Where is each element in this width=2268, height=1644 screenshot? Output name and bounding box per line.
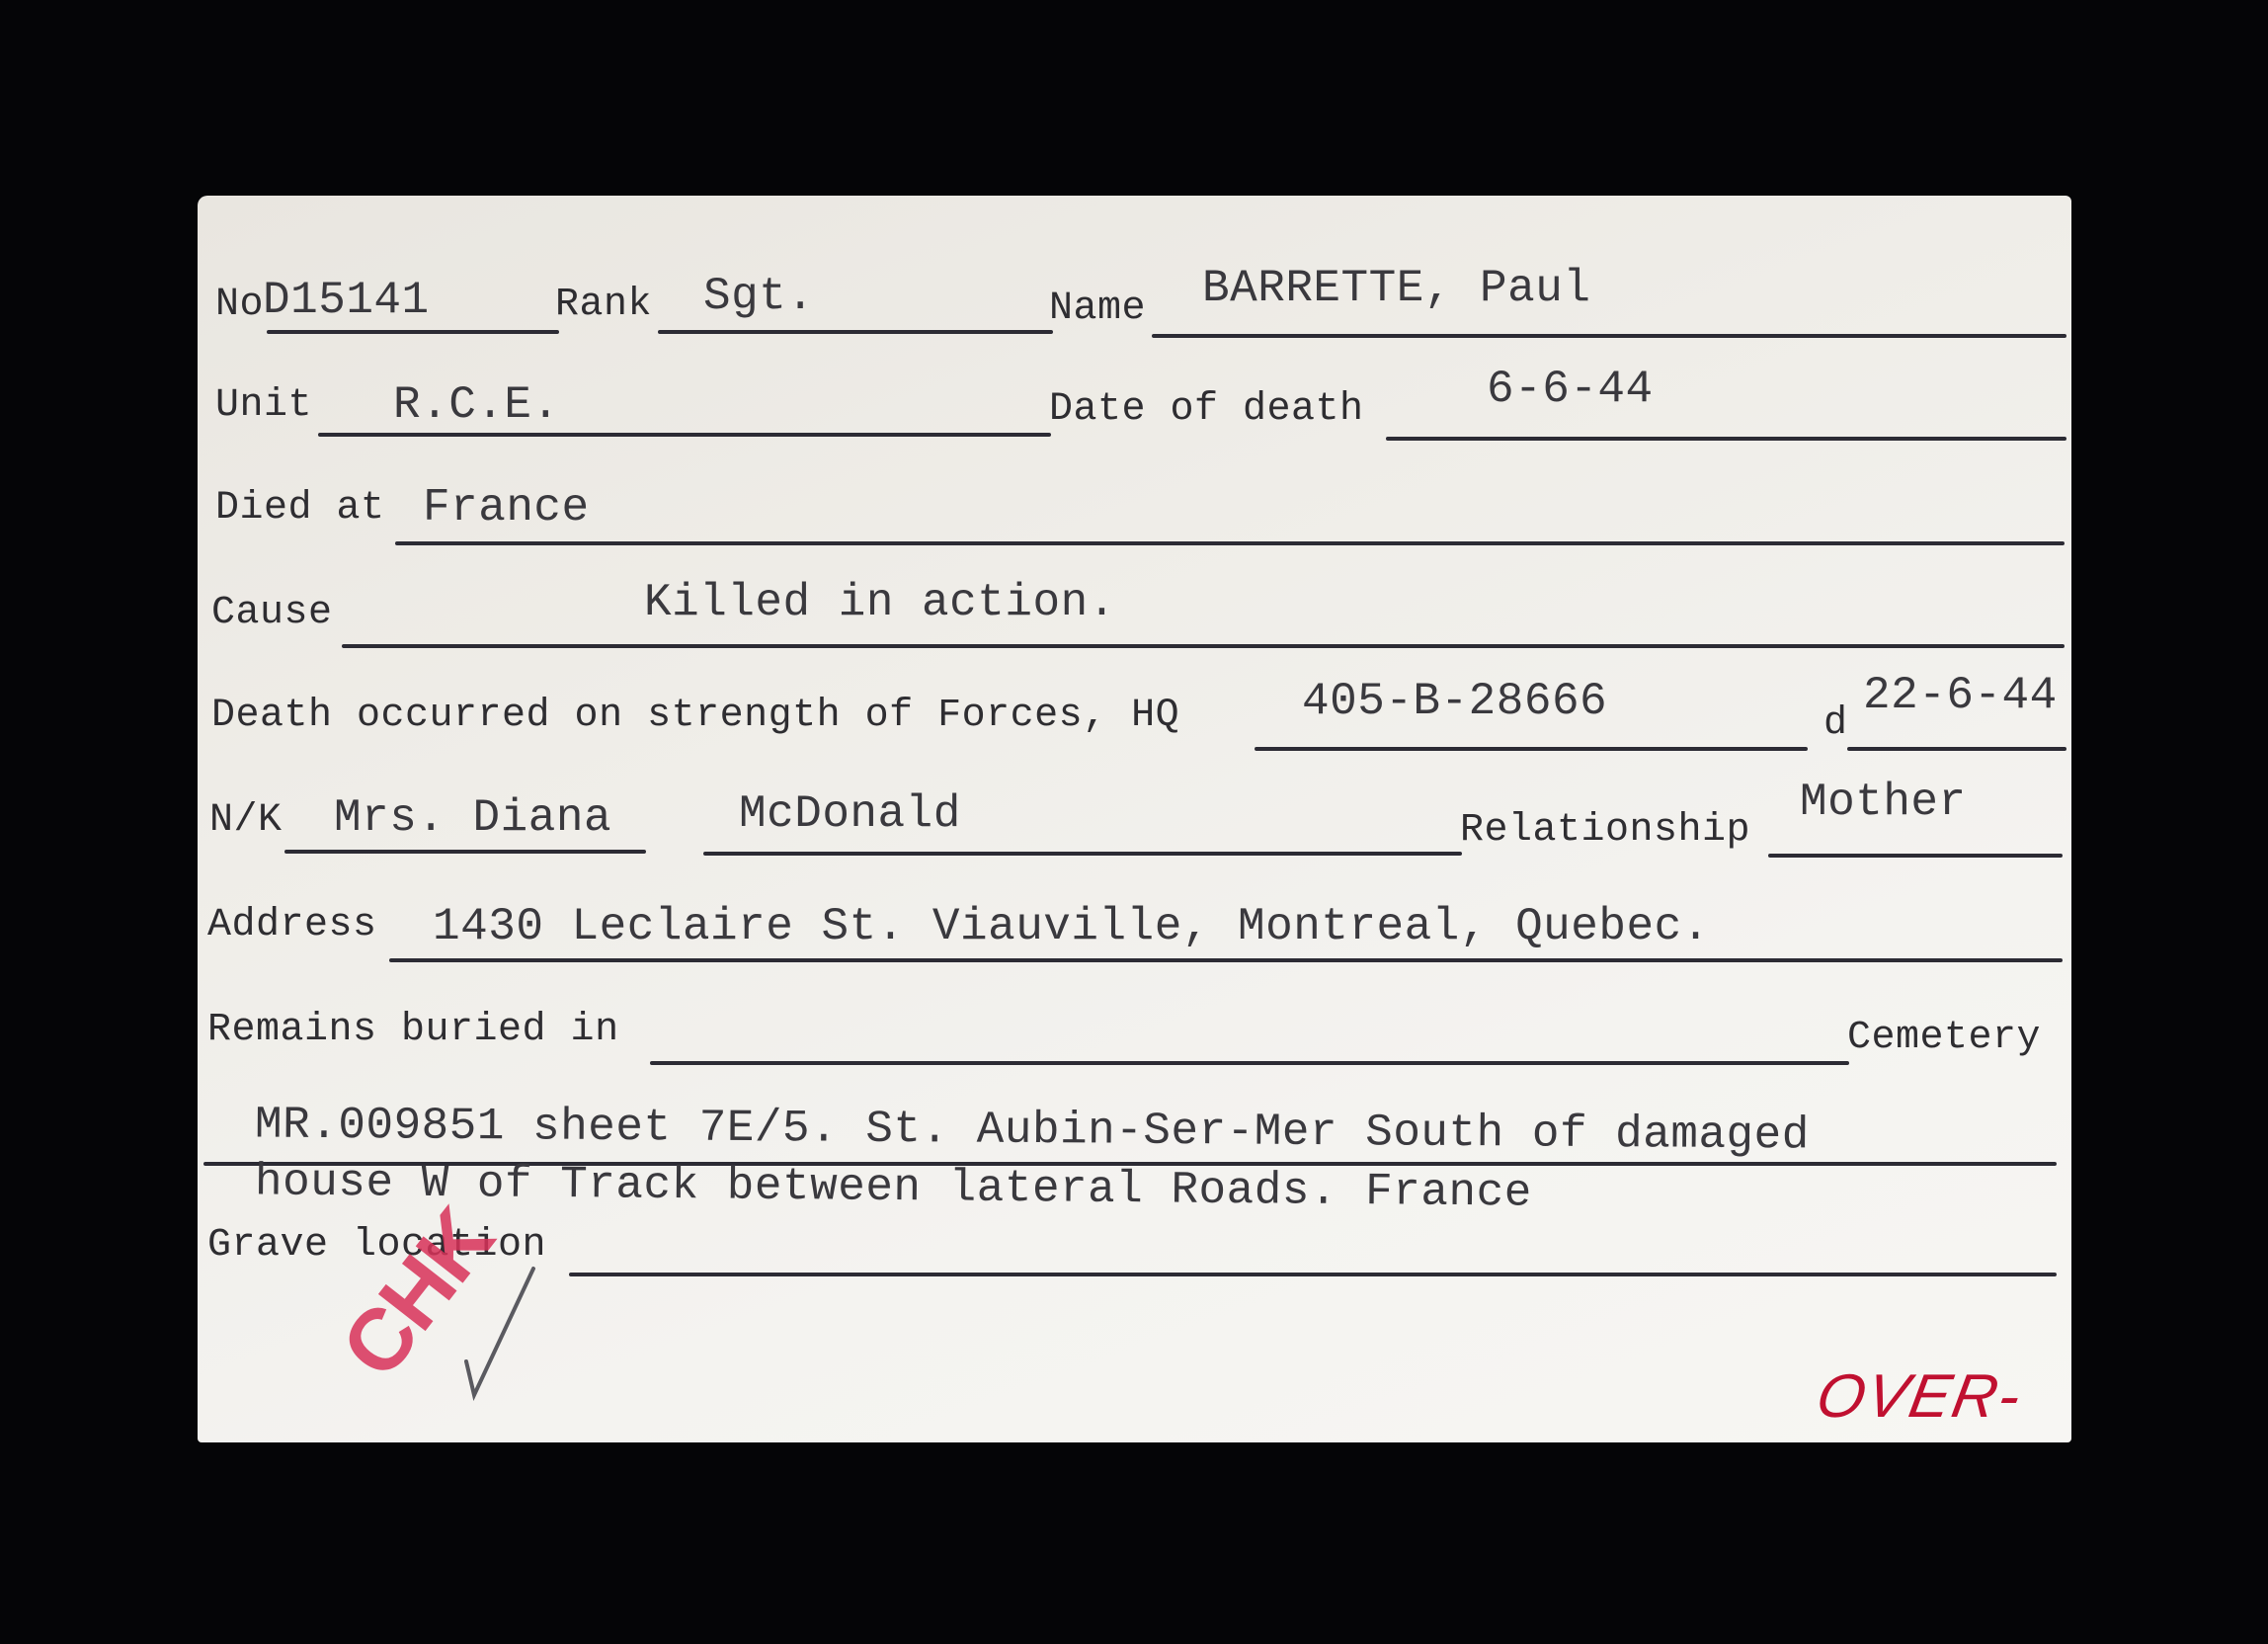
d-underline [1847,747,2066,751]
died-at-underline [395,541,2065,545]
name-value: BARRETTE, Paul [1202,263,1590,314]
relationship-value: Mother [1800,777,1967,828]
died-at-label: Died at [215,486,385,531]
relationship-label: Relationship [1460,808,1750,853]
next-of-kin-underline-1 [284,850,646,854]
grave-description-line-1: MR.009851 sheet 7E/5. St. Aubin-Ser-Mer … [255,1100,1810,1162]
d-value: 22-6-44 [1863,670,2058,721]
address-label: Address [207,903,377,947]
unit-value: R.C.E. [393,379,560,431]
d-label: d [1823,701,1848,746]
unit-label: Unit [215,383,312,428]
date-of-death-underline [1386,437,2066,441]
address-value: 1430 Leclaire St. Viauville, Montreal, Q… [433,901,1710,952]
next-of-kin-underline-2 [703,852,1462,856]
relationship-underline [1768,854,2063,858]
check-mark-icon [462,1263,541,1401]
death-record-card: No D15141 Rank Sgt. Name BARRETTE, Paul … [198,196,2071,1442]
grave-location-underline [569,1273,2057,1276]
cause-label: Cause [211,591,333,635]
death-occurred-label: Death occurred on strength of Forces, HQ [211,694,1179,738]
remains-buried-label: Remains buried in [207,1008,619,1052]
unit-underline [318,433,1051,437]
next-of-kin-label: N/K [209,798,283,843]
name-label: Name [1049,287,1146,331]
address-underline [389,958,2063,962]
next-of-kin-last: McDonald [739,788,961,840]
remains-buried-underline [650,1061,1849,1065]
cemetery-label: Cemetery [1847,1016,2041,1060]
no-label: No [215,283,264,327]
rank-label: Rank [555,283,652,327]
service-number: D15141 [263,275,430,326]
name-underline [1152,334,2066,338]
hq-file-number: 405-B-28666 [1302,676,1607,727]
cause-underline [342,644,2065,648]
rank-underline [658,330,1053,334]
rank-value: Sgt. [703,271,814,322]
date-of-death-value: 6-6-44 [1487,364,1654,415]
over-annotation: OVER- [1812,1361,2028,1432]
next-of-kin-first: Mrs. Diana [334,792,611,844]
service-number-underline [267,330,559,334]
cause-value: Killed in action. [644,577,1116,628]
hq-underline [1255,747,1808,751]
date-of-death-label: Date of death [1049,387,1364,432]
died-at-value: France [423,482,590,534]
